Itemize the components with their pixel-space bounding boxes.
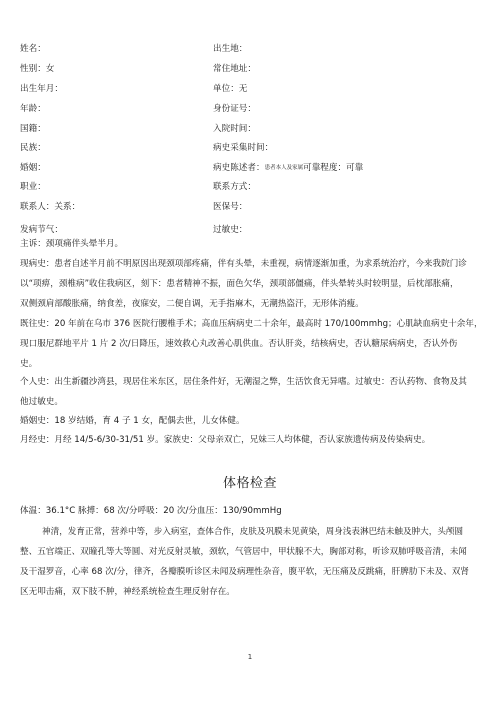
field-allergy: 过敏史：	[213, 225, 247, 236]
field-employer: 单位：无	[213, 84, 247, 95]
field-nationality: 国籍：	[20, 124, 46, 135]
field-label: 发病节气：	[20, 225, 63, 235]
field-contact-info: 联系方式：	[213, 182, 256, 193]
field-label: 常住地址：	[213, 64, 256, 74]
field-label: 病史陈述者：	[213, 163, 265, 173]
past-history-line: 既往史：20 年前在乌市 376 医院行腰椎手术；高血压病病史二十余年，最高时 …	[20, 319, 483, 330]
field-label: 入院时间：	[213, 124, 256, 134]
vital-signs: 体温：36.1°C 脉搏：68 次/分呼吸：20 次/分血压：130/90mmH…	[20, 506, 282, 517]
field-value: 无	[239, 84, 248, 94]
field-label: 国籍：	[20, 124, 46, 134]
personal-history-line: 个人史：出生新疆沙湾县，现居住米东区，居住条件好，无潮湿之弊，生活饮食无异嗜。过…	[20, 377, 467, 388]
field-label: 年龄：	[20, 104, 46, 114]
field-label: 单位：	[213, 84, 239, 94]
personal-history-line: 他过敏史。	[20, 397, 63, 408]
field-admission-time: 入院时间：	[213, 124, 256, 135]
field-label: 姓名：	[20, 44, 46, 54]
field-age: 年龄：	[20, 104, 46, 115]
field-address: 常住地址：	[213, 64, 256, 75]
field-label: 身份证号：	[213, 104, 256, 114]
field-insurance-number: 医保号：	[213, 202, 247, 213]
field-label: 医保号：	[213, 202, 247, 212]
present-illness-line: 以“项痹，颈椎病”收住我病区，刻下：患者精神不振，面色欠华，颈项部僵痛，伴头晕转…	[20, 279, 459, 290]
field-label: 性别：	[20, 64, 46, 74]
field-label: 病史采集时间：	[213, 143, 273, 153]
section-title-physical-exam: 体格检查	[0, 476, 500, 492]
exam-findings-line: 及干湿罗音，心率 68 次/分，律齐，各瓣膜听诊区未闻及病理性杂音，腹平软，无压…	[20, 567, 469, 578]
field-ethnicity: 民族：	[20, 143, 46, 154]
exam-findings-line: 区无叩击痛，双下肢不肿，神经系统检查生理反射存在。	[20, 587, 235, 598]
field-name: 姓名：	[20, 44, 46, 55]
field-label: 出生年月：	[20, 84, 63, 94]
field-contact-person: 联系人：关系：	[20, 202, 80, 213]
field-label: 过敏史：	[213, 225, 247, 235]
field-occupation: 职业：	[20, 182, 46, 193]
present-illness-line: 双侧颈肩部酸胀痛，纳食差，夜寐安，二便自调，无手指麻木，无潮热盗汗，无形体消瘦。	[20, 299, 364, 310]
field-birth-date: 出生年月：	[20, 84, 63, 95]
page-number: 1	[0, 653, 500, 661]
field-birthplace: 出生地：	[213, 44, 247, 55]
present-illness-line: 现病史：患者自述半月前不明原因出现颈项部疼痛，伴有头晕，未重视，病情逐渐加重，为…	[20, 259, 467, 270]
field-label: 联系人：关系：	[20, 202, 80, 212]
past-history-line: 史。	[20, 359, 37, 370]
exam-findings-line: 神清，发育正常，营养中等，步入病室，查体合作，皮肤及巩膜未见黄染，周身浅表淋巴结…	[42, 527, 463, 538]
chief-complaint: 主诉：颈项痛伴头晕半月。	[20, 239, 123, 250]
field-onset-solar-term: 发病节气：	[20, 225, 63, 236]
reliability-value: 可靠程度：可靠	[303, 163, 363, 173]
field-history-narrator: 病史陈述者：患者本人及家属可靠程度：可靠	[213, 163, 363, 174]
field-label: 民族：	[20, 143, 46, 153]
menstrual-family-history: 月经史：月经 14/5-6/30-31/51 岁。家族史：父母亲双亡，兄妹三人均…	[20, 435, 430, 446]
past-history-line: 现口服尼群地平片 1 片 2 次/日降压，速效救心丸改善心肌供血。否认肝炎，结核…	[20, 339, 457, 350]
field-marriage: 婚姻：	[20, 163, 46, 174]
field-value: 患者本人及家属	[265, 165, 304, 171]
field-value: 女	[46, 64, 55, 74]
field-label: 出生地：	[213, 44, 247, 54]
field-id-number: 身份证号：	[213, 104, 256, 115]
field-gender: 性别：女	[20, 64, 54, 75]
field-history-collection-time: 病史采集时间：	[213, 143, 273, 154]
exam-findings-line: 整、五官端正、双瞳孔等大等圆、对光反射灵敏，颈软，气管居中，甲状腺不大，胸部对称…	[20, 547, 467, 558]
field-label: 联系方式：	[213, 182, 256, 192]
field-label: 婚姻：	[20, 163, 46, 173]
marital-history: 婚姻史：18 岁结婚，育 4 子 1 女，配偶去世，儿女体健。	[20, 416, 245, 427]
field-label: 职业：	[20, 182, 46, 192]
